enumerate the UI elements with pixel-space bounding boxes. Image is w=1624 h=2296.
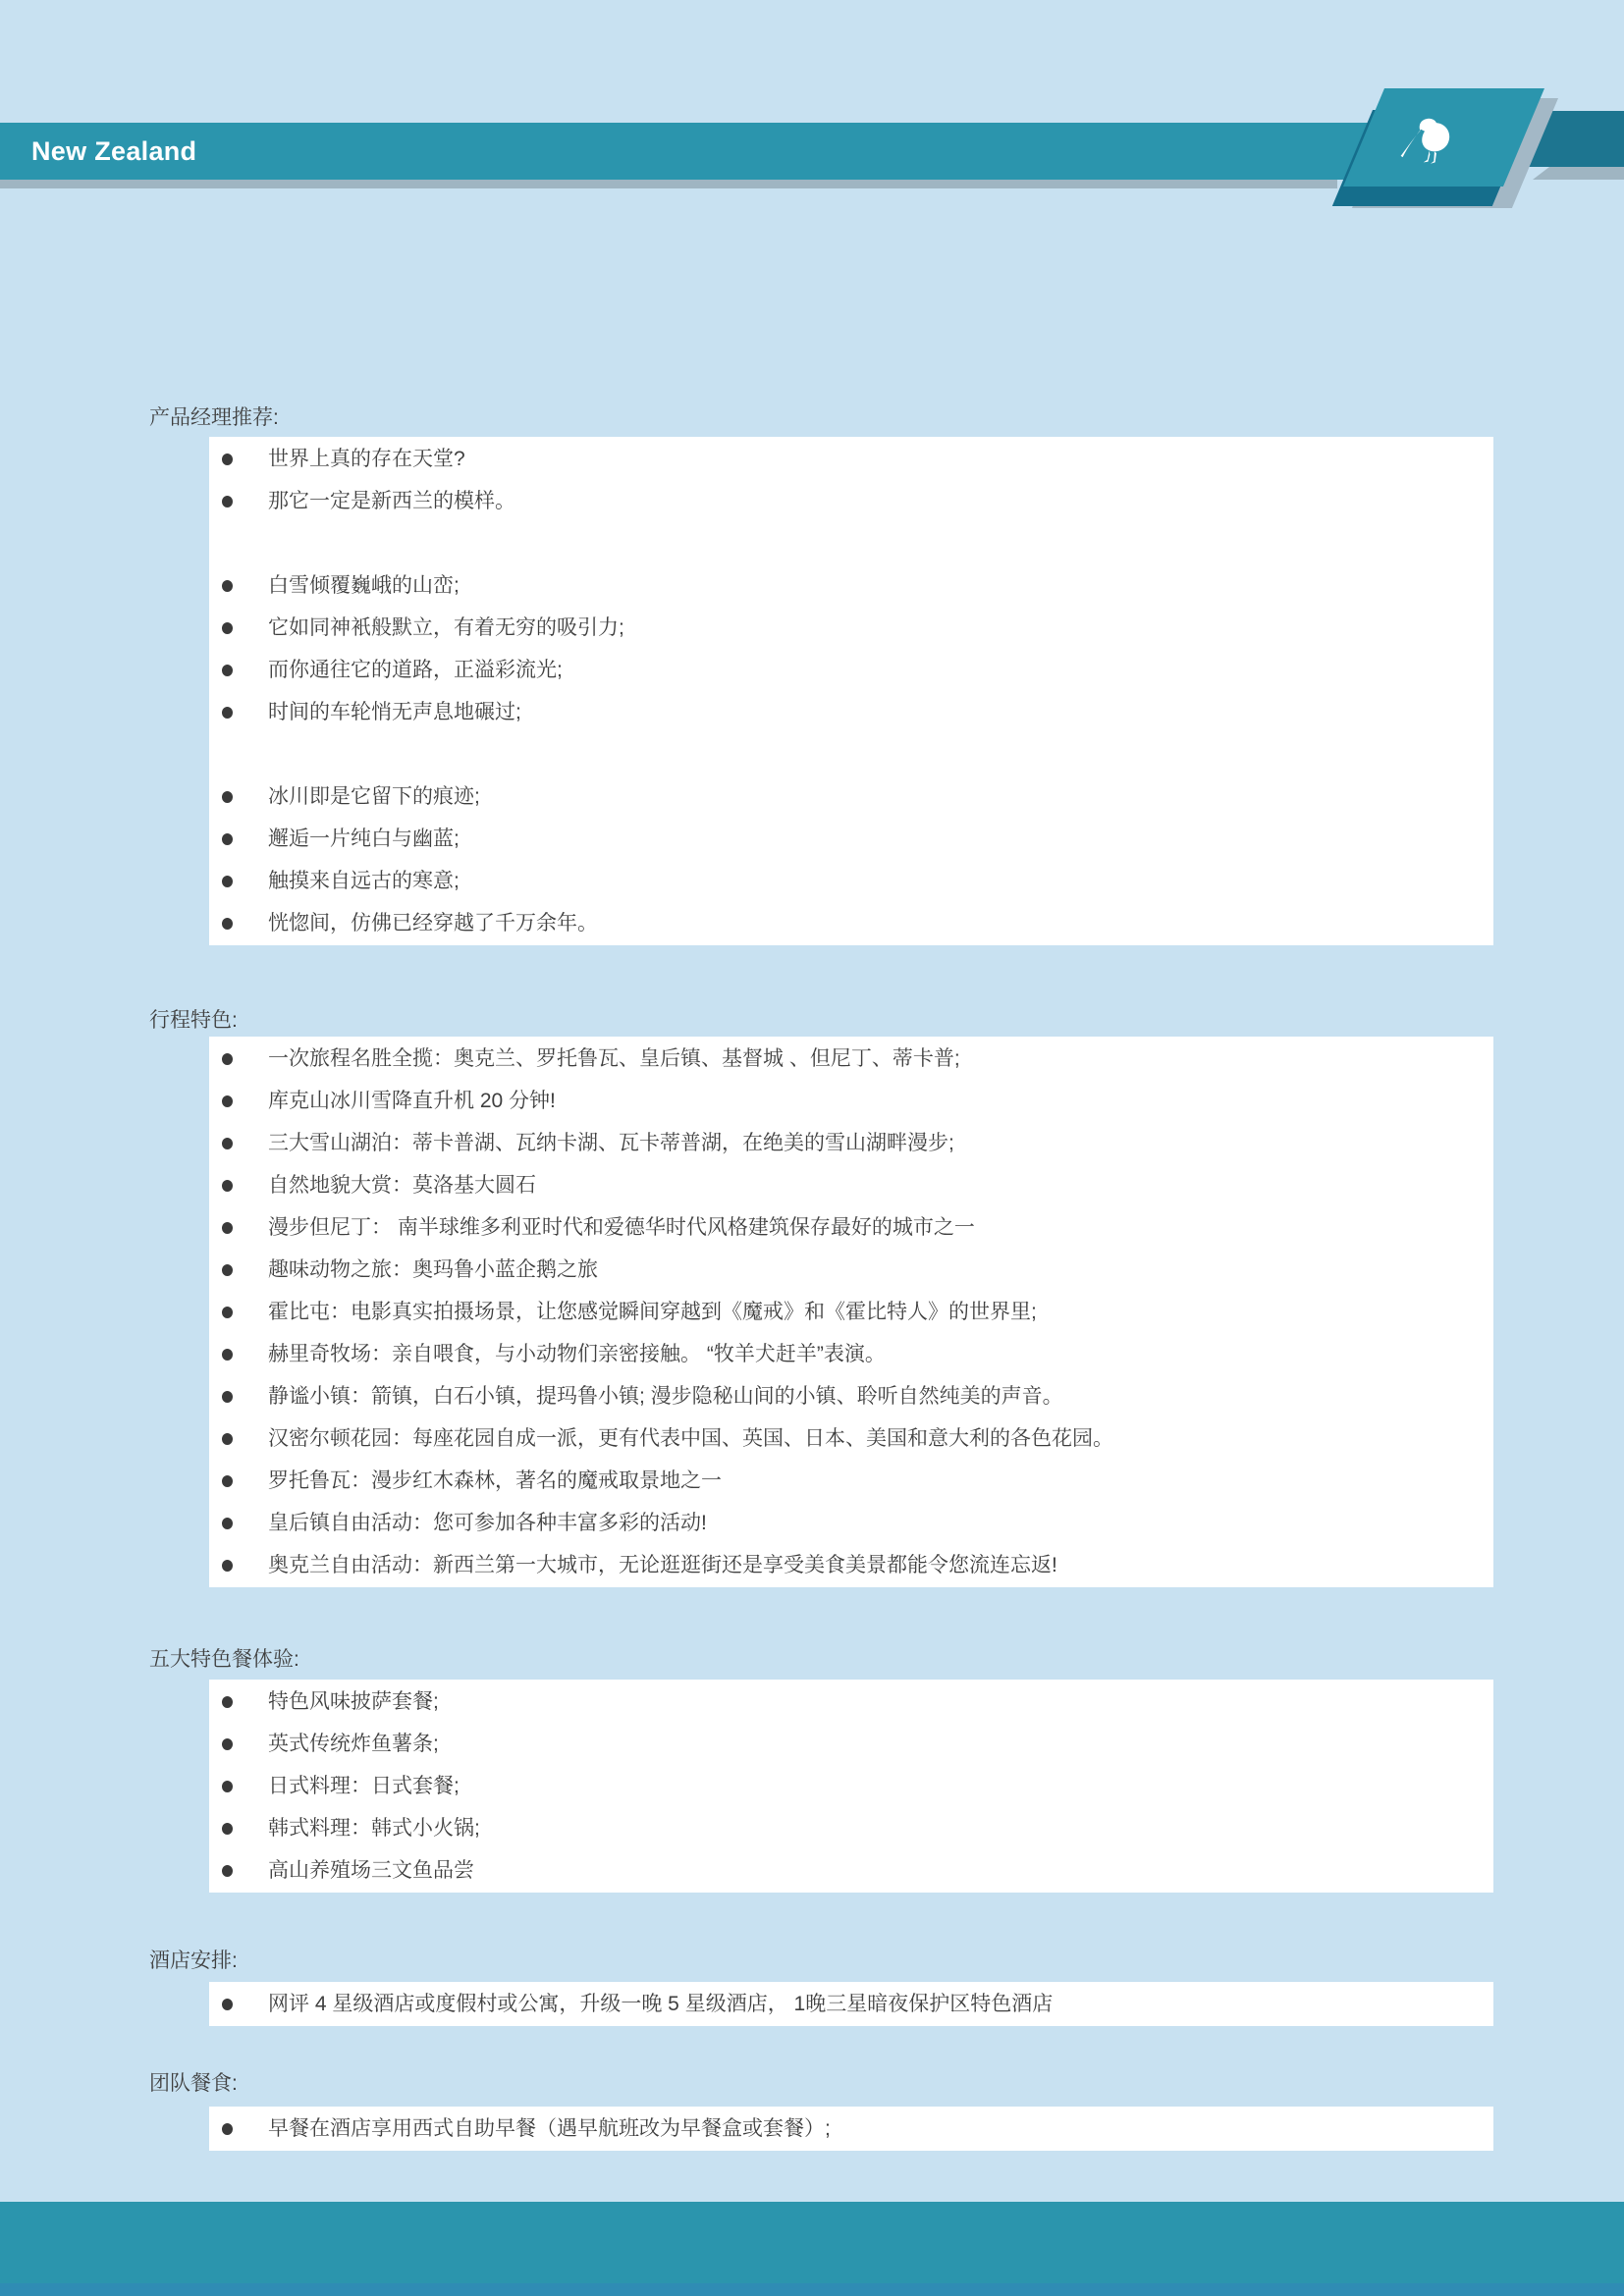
section-title-group-meals: 团队餐食:	[149, 2070, 837, 2098]
list-item-text: 时间的车轮悄无声息地碾过;	[268, 691, 521, 733]
list-item: 日式料理：日式套餐;	[209, 1765, 1493, 1807]
bullet-group: 特色风味披萨套餐;英式传统炸鱼薯条;日式料理：日式套餐;韩式料理：韩式小火锅;高…	[209, 1681, 1493, 1892]
bullet-icon	[222, 665, 233, 676]
list-item-text: 赫里奇牧场：亲自喂食，与小动物们亲密接触。 “牧羊犬赶羊”表演。	[268, 1333, 886, 1375]
content-box-hotel: 网评 4 星级酒店或度假村或公寓，升级一晚 5 星级酒店， 1晚三星暗夜保护区特…	[209, 1982, 1493, 2026]
list-item: 早餐在酒店享用西式自助早餐（遇早航班改为早餐盒或套餐）;	[209, 2108, 1493, 2150]
list-item-text: 特色风味披萨套餐;	[268, 1681, 439, 1723]
bullet-icon	[222, 1823, 233, 1835]
bullet-group: 早餐在酒店享用西式自助早餐（遇早航班改为早餐盒或套餐）;	[209, 2108, 1493, 2150]
content-box-pm-recommend: 世界上真的存在天堂?那它一定是新西兰的模样。白雪倾覆巍峨的山峦;它如同神衹般默立…	[209, 437, 1493, 945]
list-item: 韩式料理：韩式小火锅;	[209, 1807, 1493, 1849]
kiwi-icon	[1398, 108, 1463, 169]
list-item: 自然地貌大赏：莫洛基大圆石	[209, 1164, 1493, 1206]
list-item-text: 奥克兰自由活动：新西兰第一大城市，无论逛逛街还是享受美食美景都能令您流连忘返!	[268, 1544, 1057, 1586]
list-item: 库克山冰川雪降直升机 20 分钟!	[209, 1080, 1493, 1122]
list-item-text: 它如同神衹般默立，有着无穷的吸引力;	[268, 607, 624, 649]
header-bar	[0, 123, 1434, 180]
bullet-icon	[222, 1518, 233, 1529]
document-page: New Zealand 产品经理推荐: 世界上真的存在天堂?那它一定是新西兰的模…	[0, 0, 1624, 2296]
list-item: 一次旅程名胜全揽：奥克兰、罗托鲁瓦、皇后镇、基督城 、但尼丁、蒂卡普;	[209, 1038, 1493, 1080]
bullet-icon	[222, 1138, 233, 1149]
bullet-icon	[222, 580, 233, 592]
bullet-icon	[222, 2123, 233, 2135]
list-item: 白雪倾覆巍峨的山峦;	[209, 564, 1493, 607]
list-item-text: 皇后镇自由活动：您可参加各种丰富多彩的活动!	[268, 1502, 707, 1544]
list-item: 静谧小镇：箭镇，白石小镇，提玛鲁小镇; 漫步隐秘山间的小镇、聆听自然纯美的声音。	[209, 1375, 1493, 1417]
list-item-text: 恍惚间，仿佛已经穿越了千万余年。	[268, 902, 598, 944]
list-item-text: 自然地貌大赏：莫洛基大圆石	[268, 1164, 536, 1206]
section-title-hotel: 酒店安排:	[149, 1948, 837, 1975]
page-title: New Zealand	[31, 136, 196, 166]
bullet-icon	[222, 707, 233, 719]
bullet-icon	[222, 1053, 233, 1065]
list-item: 三大雪山湖泊：蒂卡普湖、瓦纳卡湖、瓦卡蒂普湖，在绝美的雪山湖畔漫步;	[209, 1122, 1493, 1164]
bullet-icon	[222, 1391, 233, 1403]
list-item-text: 罗托鲁瓦：漫步红木森林，著名的魔戒取景地之一	[268, 1460, 722, 1502]
list-item: 霍比屯：电影真实拍摄场景，让您感觉瞬间穿越到《魔戒》和《霍比特人》的世界里;	[209, 1291, 1493, 1333]
bullet-icon	[222, 1180, 233, 1192]
list-item: 汉密尔顿花园：每座花园自成一派，更有代表中国、英国、日本、美国和意大利的各色花园…	[209, 1417, 1493, 1460]
footer-bar-edge	[0, 2283, 1624, 2296]
bullet-icon	[222, 1781, 233, 1792]
list-item-text: 日式料理：日式套餐;	[268, 1765, 460, 1807]
bullet-icon	[222, 1696, 233, 1708]
list-item-text: 而你通往它的道路，正溢彩流光;	[268, 649, 563, 691]
list-item: 奥克兰自由活动：新西兰第一大城市，无论逛逛街还是享受美食美景都能令您流连忘返!	[209, 1544, 1493, 1586]
list-item: 触摸来自远古的寒意;	[209, 860, 1493, 902]
list-item: 罗托鲁瓦：漫步红木森林，著名的魔戒取景地之一	[209, 1460, 1493, 1502]
list-item-text: 那它一定是新西兰的模样。	[268, 480, 515, 522]
bullet-icon	[222, 496, 233, 507]
bullet-icon	[222, 918, 233, 930]
bullet-icon	[222, 1222, 233, 1234]
bullet-icon	[222, 1738, 233, 1750]
header-bar-right-shadow	[1528, 167, 1624, 180]
list-item: 冰川即是它留下的痕迹;	[209, 775, 1493, 818]
list-item: 邂逅一片纯白与幽蓝;	[209, 818, 1493, 860]
bullet-group: 世界上真的存在天堂?那它一定是新西兰的模样。	[209, 438, 1493, 522]
bullet-icon	[222, 1307, 233, 1318]
footer-bar	[0, 2202, 1624, 2296]
content-box-itinerary-features: 一次旅程名胜全揽：奥克兰、罗托鲁瓦、皇后镇、基督城 、但尼丁、蒂卡普;库克山冰川…	[209, 1037, 1493, 1587]
bullet-icon	[222, 1349, 233, 1361]
bullet-icon	[222, 454, 233, 465]
list-item: 世界上真的存在天堂?	[209, 438, 1493, 480]
list-item-text: 冰川即是它留下的痕迹;	[268, 775, 480, 818]
list-item: 恍惚间，仿佛已经穿越了千万余年。	[209, 902, 1493, 944]
list-item: 漫步但尼丁： 南半球维多利亚时代和爱德华时代风格建筑保存最好的城市之一	[209, 1206, 1493, 1249]
list-item: 时间的车轮悄无声息地碾过;	[209, 691, 1493, 733]
list-item: 英式传统炸鱼薯条;	[209, 1723, 1493, 1765]
bullet-group: 冰川即是它留下的痕迹;邂逅一片纯白与幽蓝;触摸来自远古的寒意;恍惚间，仿佛已经穿…	[209, 775, 1493, 944]
bullet-icon	[222, 833, 233, 845]
bullet-icon	[222, 1433, 233, 1445]
list-item: 高山养殖场三文鱼品尝	[209, 1849, 1493, 1892]
list-item-text: 漫步但尼丁： 南半球维多利亚时代和爱德华时代风格建筑保存最好的城市之一	[268, 1206, 975, 1249]
list-item-text: 汉密尔顿花园：每座花园自成一派，更有代表中国、英国、日本、美国和意大利的各色花园…	[268, 1417, 1113, 1460]
bullet-icon	[222, 1475, 233, 1487]
list-item: 而你通往它的道路，正溢彩流光;	[209, 649, 1493, 691]
section-title-five-meals: 五大特色餐体验:	[149, 1646, 837, 1674]
section-title-itinerary-features: 行程特色:	[149, 1007, 837, 1035]
list-item: 它如同神衹般默立，有着无穷的吸引力;	[209, 607, 1493, 649]
list-item-text: 世界上真的存在天堂?	[268, 438, 465, 480]
list-item-text: 库克山冰川雪降直升机 20 分钟!	[268, 1080, 556, 1122]
list-item-text: 三大雪山湖泊：蒂卡普湖、瓦纳卡湖、瓦卡蒂普湖，在绝美的雪山湖畔漫步;	[268, 1122, 954, 1164]
content-box-five-meals: 特色风味披萨套餐;英式传统炸鱼薯条;日式料理：日式套餐;韩式料理：韩式小火锅;高…	[209, 1680, 1493, 1893]
list-item-text: 邂逅一片纯白与幽蓝;	[268, 818, 460, 860]
bullet-icon	[222, 1264, 233, 1276]
bullet-group: 白雪倾覆巍峨的山峦;它如同神衹般默立，有着无穷的吸引力;而你通往它的道路，正溢彩…	[209, 564, 1493, 733]
list-item-text: 一次旅程名胜全揽：奥克兰、罗托鲁瓦、皇后镇、基督城 、但尼丁、蒂卡普;	[268, 1038, 960, 1080]
list-item-text: 静谧小镇：箭镇，白石小镇，提玛鲁小镇; 漫步隐秘山间的小镇、聆听自然纯美的声音。	[268, 1375, 1063, 1417]
list-item-text: 韩式料理：韩式小火锅;	[268, 1807, 480, 1849]
list-item-text: 霍比屯：电影真实拍摄场景，让您感觉瞬间穿越到《魔戒》和《霍比特人》的世界里;	[268, 1291, 1037, 1333]
list-item: 趣味动物之旅：奥玛鲁小蓝企鹅之旅	[209, 1249, 1493, 1291]
bullet-icon	[222, 622, 233, 634]
list-item: 赫里奇牧场：亲自喂食，与小动物们亲密接触。 “牧羊犬赶羊”表演。	[209, 1333, 1493, 1375]
list-item: 皇后镇自由活动：您可参加各种丰富多彩的活动!	[209, 1502, 1493, 1544]
section-title-pm-recommend: 产品经理推荐:	[149, 404, 837, 432]
list-item-text: 趣味动物之旅：奥玛鲁小蓝企鹅之旅	[268, 1249, 598, 1291]
bullet-icon	[222, 1865, 233, 1877]
content-box-group-meals: 早餐在酒店享用西式自助早餐（遇早航班改为早餐盒或套餐）;	[209, 2107, 1493, 2151]
bullet-group: 一次旅程名胜全揽：奥克兰、罗托鲁瓦、皇后镇、基督城 、但尼丁、蒂卡普;库克山冰川…	[209, 1038, 1493, 1586]
list-item-text: 白雪倾覆巍峨的山峦;	[268, 564, 460, 607]
bullet-icon	[222, 1560, 233, 1572]
bullet-icon	[222, 1999, 233, 2010]
list-item-text: 高山养殖场三文鱼品尝	[268, 1849, 474, 1892]
list-item: 网评 4 星级酒店或度假村或公寓，升级一晚 5 星级酒店， 1晚三星暗夜保护区特…	[209, 1983, 1493, 2025]
bullet-group: 网评 4 星级酒店或度假村或公寓，升级一晚 5 星级酒店， 1晚三星暗夜保护区特…	[209, 1983, 1493, 2025]
list-item-text: 触摸来自远古的寒意;	[268, 860, 460, 902]
list-item-text: 早餐在酒店享用西式自助早餐（遇早航班改为早餐盒或套餐）;	[268, 2108, 831, 2150]
header-bar-shadow	[0, 180, 1337, 188]
list-item-text: 英式传统炸鱼薯条;	[268, 1723, 439, 1765]
bullet-icon	[222, 876, 233, 887]
list-item: 那它一定是新西兰的模样。	[209, 480, 1493, 522]
bullet-icon	[222, 791, 233, 803]
list-item-text: 网评 4 星级酒店或度假村或公寓，升级一晚 5 星级酒店， 1晚三星暗夜保护区特…	[268, 1983, 1053, 2025]
bullet-icon	[222, 1095, 233, 1107]
list-item: 特色风味披萨套餐;	[209, 1681, 1493, 1723]
